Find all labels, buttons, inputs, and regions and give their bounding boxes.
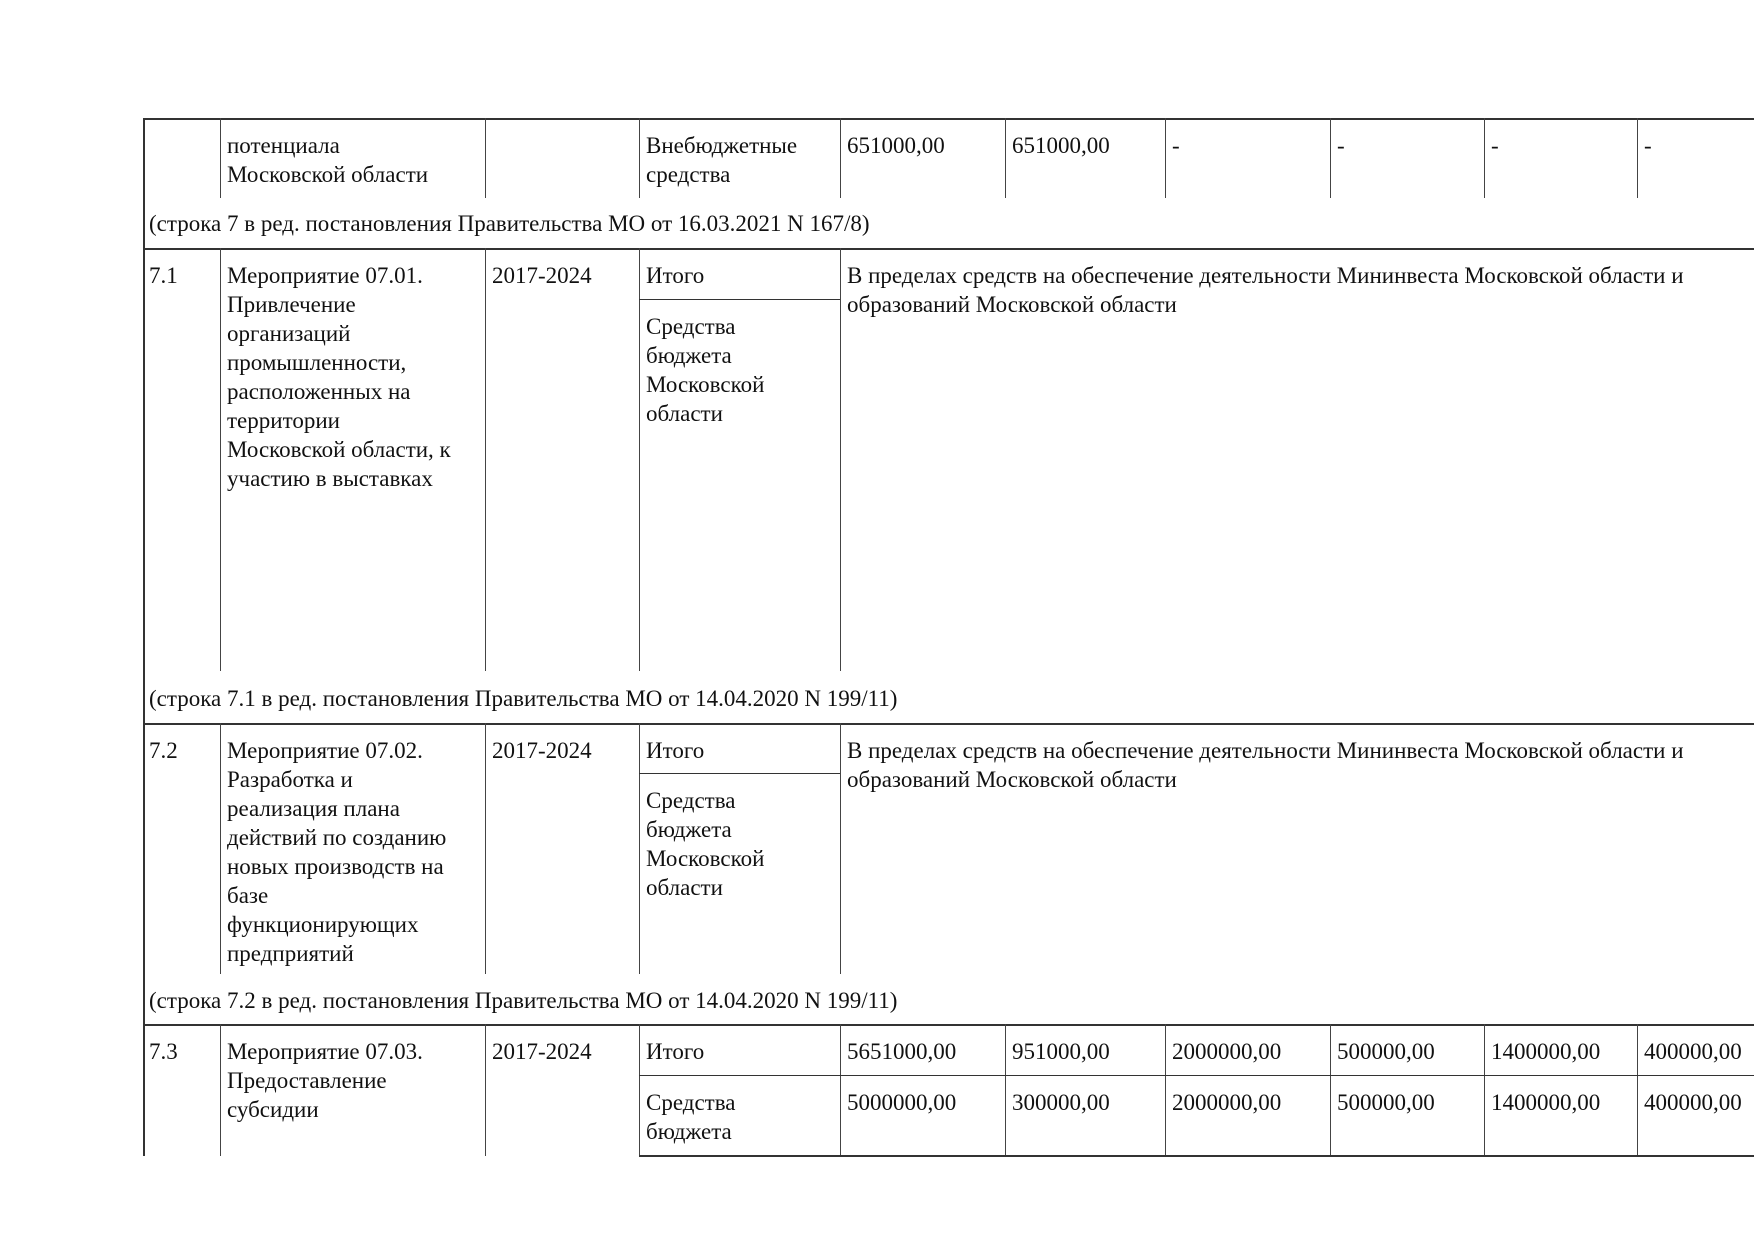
activity-name: Мероприятие 07.03. Предоставление субсид… — [227, 1037, 423, 1124]
row7-value: - — [1337, 131, 1345, 160]
col-divider — [1330, 118, 1331, 198]
col-divider — [840, 1024, 841, 1156]
source-divider — [639, 773, 840, 774]
col-divider — [1484, 118, 1485, 198]
row7-name-tail: потенциала Московской области — [227, 131, 428, 189]
table-bottom-border — [639, 1155, 1754, 1157]
total-value: 400000,00 — [1644, 1037, 1742, 1066]
col-divider — [220, 723, 221, 974]
table-border — [143, 723, 1754, 725]
budget-value: 300000,00 — [1012, 1088, 1110, 1117]
col-divider — [639, 723, 640, 974]
col-divider — [639, 248, 640, 671]
activity-name: Мероприятие 07.01. Привлечение организац… — [227, 261, 451, 493]
col-divider — [840, 118, 841, 198]
col-divider — [1484, 1024, 1485, 1156]
row-number: 7.3 — [149, 1037, 178, 1066]
source-divider — [639, 1075, 1754, 1076]
budget-value: 1400000,00 — [1491, 1088, 1600, 1117]
period: 2017-2024 — [492, 736, 592, 765]
amendment-note-7: (строка 7 в ред. постановления Правитель… — [149, 209, 870, 238]
budget-value: 2000000,00 — [1172, 1088, 1281, 1117]
row7-value: - — [1491, 131, 1499, 160]
col-divider — [220, 248, 221, 671]
row7-value: - — [1644, 131, 1652, 160]
table-left-border — [143, 118, 145, 1156]
source-total: Итого — [646, 261, 704, 290]
col-divider — [840, 723, 841, 974]
row-number: 7.1 — [149, 261, 178, 290]
col-divider — [1165, 1024, 1166, 1156]
total-value: 1400000,00 — [1491, 1037, 1600, 1066]
row7-value: - — [1172, 131, 1180, 160]
total-value: 5651000,00 — [847, 1037, 956, 1066]
total-value: 951000,00 — [1012, 1037, 1110, 1066]
source-total: Итого — [646, 736, 704, 765]
table-border — [143, 248, 1754, 250]
col-divider — [1637, 1024, 1638, 1156]
col-divider — [220, 118, 221, 198]
col-divider — [485, 248, 486, 671]
amendment-note-7-1: (строка 7.1 в ред. постановления Правите… — [149, 684, 897, 713]
budget-value: 5000000,00 — [847, 1088, 956, 1117]
col-divider — [1330, 1024, 1331, 1156]
row-number: 7.2 — [149, 736, 178, 765]
financing-note: В пределах средств на обеспечение деятел… — [847, 736, 1684, 794]
table-border — [143, 1024, 1754, 1026]
budget-value: 400000,00 — [1644, 1088, 1742, 1117]
col-divider — [840, 248, 841, 671]
source-total: Итого — [646, 1037, 704, 1066]
row7-value: 651000,00 — [847, 131, 945, 160]
col-divider — [1165, 118, 1166, 198]
col-divider — [639, 1024, 640, 1156]
col-divider — [1637, 118, 1638, 198]
col-divider — [220, 1024, 221, 1156]
row7-value: 651000,00 — [1012, 131, 1110, 160]
source-divider — [639, 299, 840, 300]
col-divider — [1005, 1024, 1006, 1156]
total-value: 500000,00 — [1337, 1037, 1435, 1066]
col-divider — [485, 723, 486, 974]
budget-value: 500000,00 — [1337, 1088, 1435, 1117]
period: 2017-2024 — [492, 1037, 592, 1066]
period: 2017-2024 — [492, 261, 592, 290]
table-border — [143, 118, 1754, 120]
amendment-note-7-2: (строка 7.2 в ред. постановления Правите… — [149, 986, 897, 1015]
activity-name: Мероприятие 07.02. Разработка и реализац… — [227, 736, 446, 968]
col-divider — [485, 118, 486, 198]
row7-source: Внебюджетные средства — [646, 131, 797, 189]
source-budget: Средства бюджета Московской области — [646, 312, 764, 428]
source-budget: Средства бюджета Московской области — [646, 786, 764, 902]
total-value: 2000000,00 — [1172, 1037, 1281, 1066]
col-divider — [639, 118, 640, 198]
col-divider — [1005, 118, 1006, 198]
source-budget: Средства бюджета — [646, 1088, 735, 1146]
col-divider — [485, 1024, 486, 1156]
financing-note: В пределах средств на обеспечение деятел… — [847, 261, 1684, 319]
